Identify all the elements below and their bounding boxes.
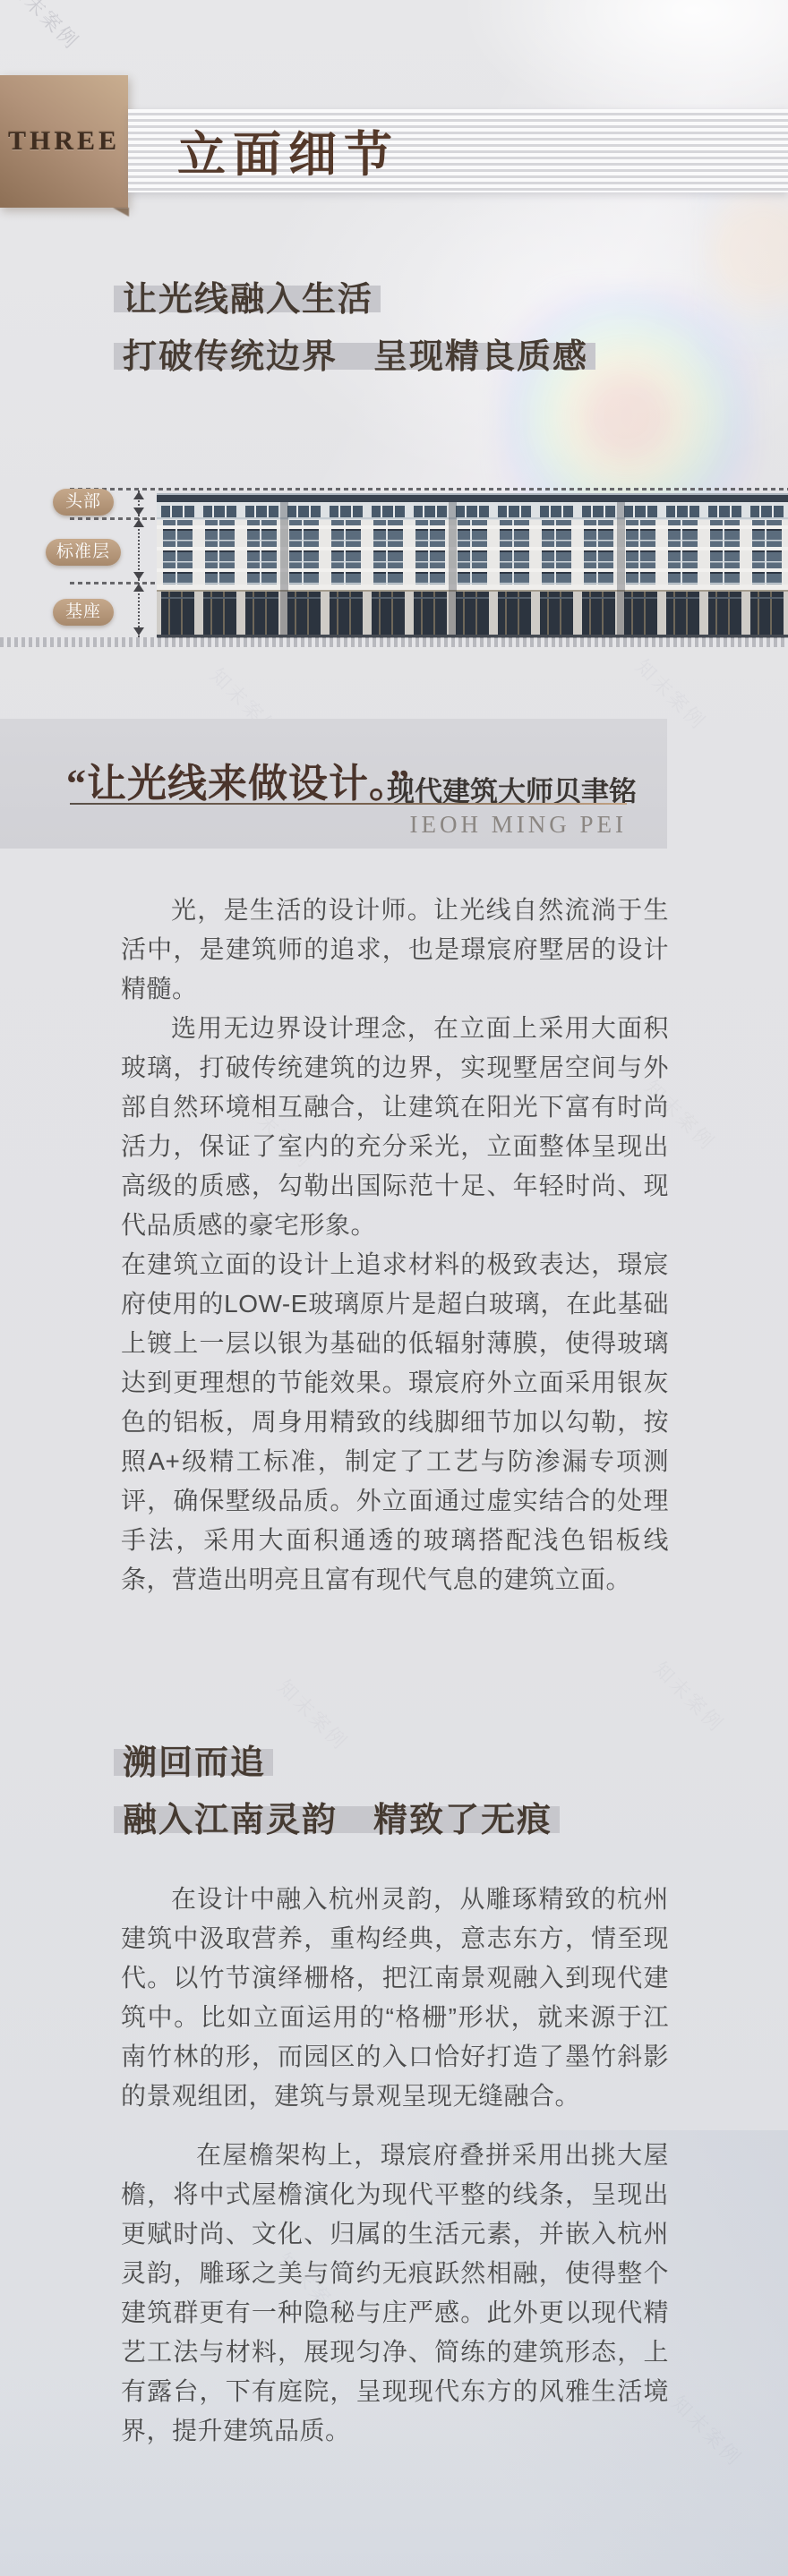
- watermark: 知末案例: [666, 2389, 749, 2472]
- arrow-up-icon: [133, 491, 144, 499]
- watermark: 知末案例: [4, 0, 87, 55]
- quote-author-en: IEOH MING PEI: [358, 811, 627, 839]
- arrow-down-icon: [133, 627, 144, 635]
- ground-hatch: [0, 637, 788, 647]
- paragraph: 在屋檐架构上，璟宸府叠拼采用出挑大屋檐，将中式屋檐演化为现代平整的线条，呈现出更…: [121, 2136, 669, 2451]
- section1-body: 光，是生活的设计师。让光线自然流淌于生活中，是建筑师的追求，也是璟宸府墅居的设计…: [121, 891, 669, 1599]
- quote-divider: [70, 803, 627, 805]
- section2-heading-line-2: 融入江南灵韵 精致了无痕: [123, 1792, 552, 1841]
- paragraph: 在建筑立面的设计上追求材料的极致表达，璟宸府使用的LOW-E玻璃原片是超白玻璃，…: [121, 1245, 669, 1599]
- quote-text: “让光线来做设计。”: [66, 751, 410, 808]
- arrow-up-icon: [133, 584, 144, 592]
- arrow-down-icon: [133, 572, 144, 580]
- brochure-page: 知末案例 知末案例 知末案例 知末案例 知末案例 知末案例 知末案例 知末案例 …: [0, 0, 788, 2576]
- quote-panel: “让光线来做设计。” 现代建筑大师 贝聿铭 IEOH MING PEI: [0, 719, 667, 849]
- paragraph: 选用无边界设计理念，在立面上采用大面积玻璃，打破传统建筑的边界，实现墅居空间与外…: [121, 1009, 669, 1245]
- watermark: 知末案例: [272, 1673, 355, 1756]
- building-elevation-illustration: [157, 486, 788, 640]
- watermark: 知末案例: [4, 0, 87, 55]
- watermark: 知末案例: [4, 0, 87, 55]
- chapter-index-label: THREE: [8, 126, 120, 157]
- floor-label-standard: 标准层: [46, 539, 121, 566]
- section2-heading-line-1: 溯回而追: [123, 1735, 266, 1784]
- floor-label-top: 头部: [53, 489, 114, 516]
- floor-label-base: 基座: [53, 599, 114, 626]
- chapter-index-badge: THREE: [0, 75, 128, 208]
- paragraph: 光，是生活的设计师。让光线自然流淌于生活中，是建筑师的追求，也是璟宸府墅居的设计…: [121, 891, 669, 1009]
- arrow-down-icon: [133, 508, 144, 516]
- intro-heading-line-2: 打破传统边界 呈现精良质感: [123, 328, 588, 378]
- section2-body: 在设计中融入杭州灵韵，从雕琢精致的杭州建筑中汲取营养，重构经典，意志东方，情至现…: [121, 1880, 669, 2451]
- arrow-up-icon: [133, 519, 144, 527]
- paragraph: 在设计中融入杭州灵韵，从雕琢精致的杭州建筑中汲取营养，重构经典，意志东方，情至现…: [121, 1880, 669, 2116]
- intro-heading-line-1: 让光线融入生活: [123, 271, 373, 320]
- page-title: 立面细节: [177, 118, 399, 192]
- watermark: 知末案例: [648, 1655, 732, 1738]
- watermark: 知末案例: [4, 0, 87, 55]
